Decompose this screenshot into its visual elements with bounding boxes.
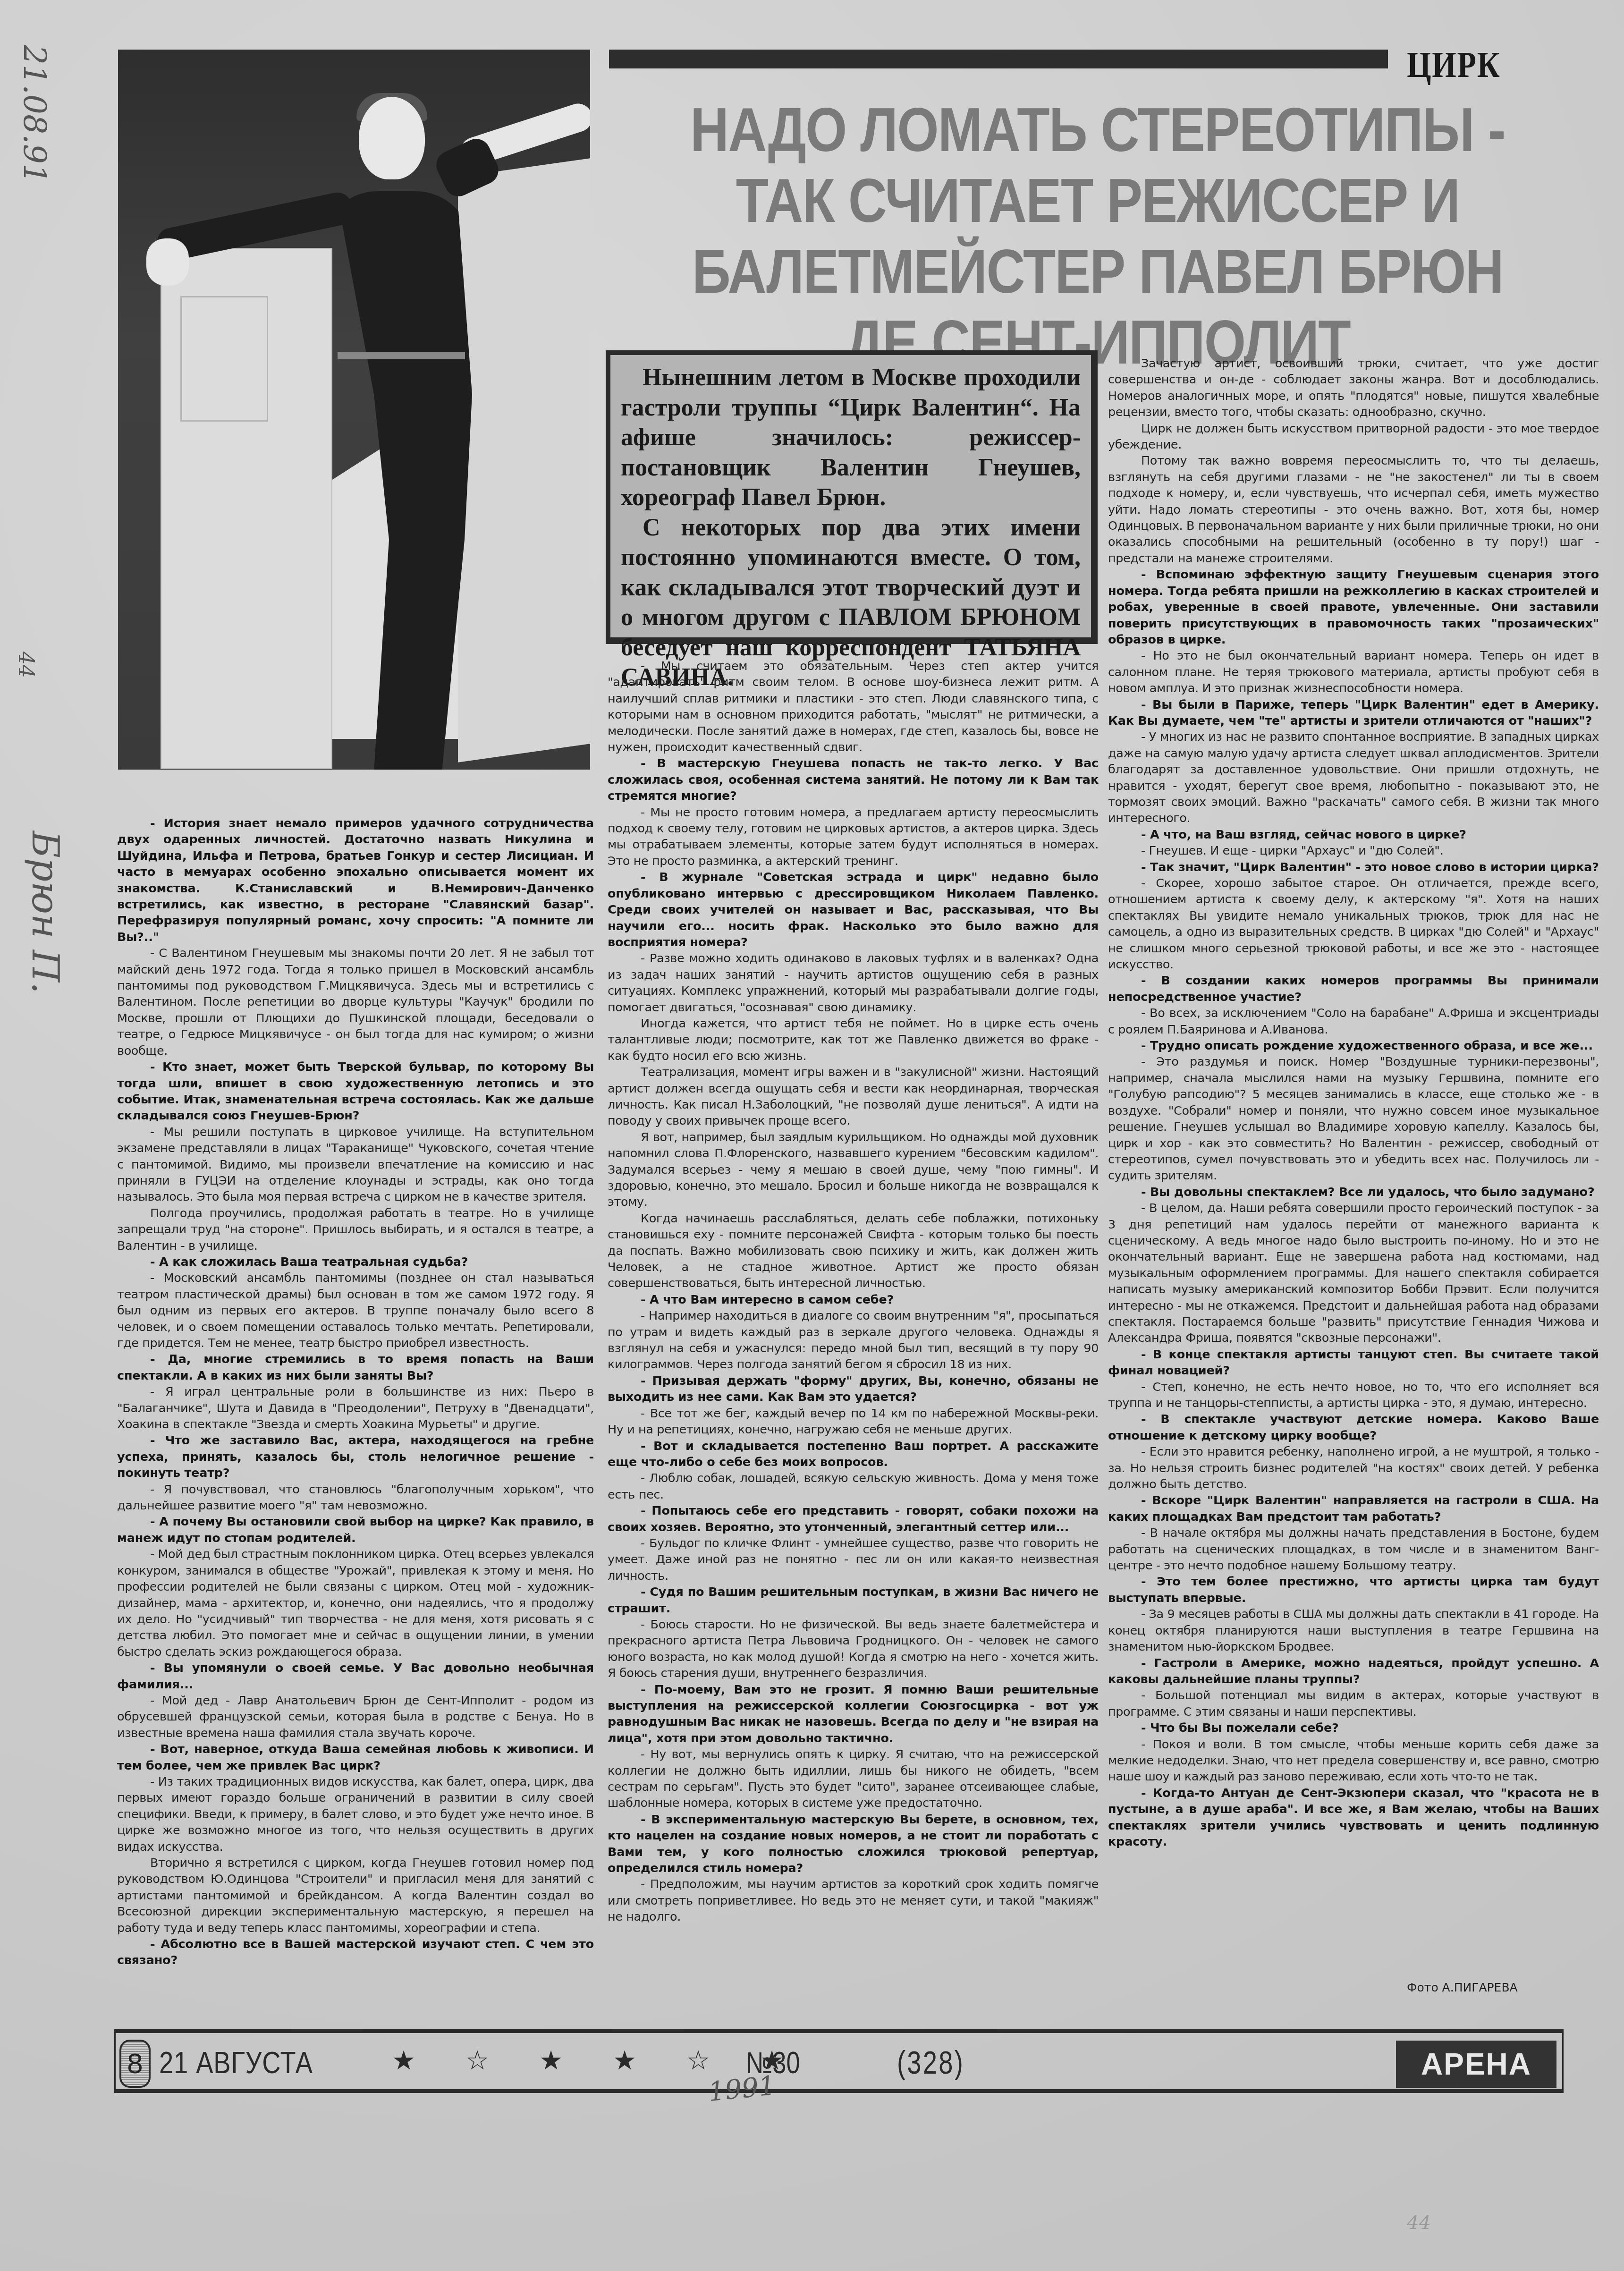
interview-answer: Когда начинаешь расслабляться, делать се… [608, 1211, 1099, 1292]
interview-answer: - Во всех, за исключением "Соло на бараб… [1108, 1005, 1599, 1038]
interview-answer: Иногда кажется, что артист тебя не пойме… [608, 1016, 1099, 1064]
headline-line: БАЛЕТМЕЙСТЕР ПАВЕЛ БРЮН [682, 236, 1514, 307]
interview-question: - Это тем более престижно, что артисты ц… [1108, 1574, 1599, 1606]
interview-question: - А как сложилась Ваша театральная судьб… [117, 1254, 594, 1270]
section-label: ЦИРК [1407, 43, 1501, 86]
interview-question: - В экспериментальную мастерскую Вы бере… [608, 1812, 1099, 1877]
interview-answer: Цирк не должен быть искусством притворно… [1108, 421, 1599, 453]
interview-answer: - Гнеушев. И еще - цирки "Архаус" и "дю … [1108, 843, 1599, 859]
photo-face [359, 97, 425, 179]
interview-answer: Зачастую артист, освоивший трюки, считае… [1108, 356, 1599, 421]
interview-question: - Судя по Вашим решительным поступкам, в… [608, 1584, 1099, 1617]
interview-answer: - Люблю собак, лошадей, всякую сельскую … [608, 1470, 1099, 1503]
interview-answer: - В целом, да. Наши ребята совершили про… [1108, 1200, 1599, 1347]
interview-answer: - Боюсь старости. Но не физической. Вы в… [608, 1617, 1099, 1682]
interview-answer: - Но это не был окончательный вариант но… [1108, 648, 1599, 696]
interview-answer: - С Валентином Гнеушевым мы знакомы почт… [117, 945, 594, 1059]
margin-note-number: 44 [14, 652, 38, 678]
interview-answer: - Большой потенциал мы видим в актерах, … [1108, 1687, 1599, 1720]
interview-answer: - Мой дед был страстным поклонником цирк… [117, 1546, 594, 1660]
interview-answer: - Из таких традиционных видов искусства,… [117, 1774, 594, 1855]
interview-answer: Я вот, например, был заядлым курильщиком… [608, 1129, 1099, 1211]
article-column-right: Зачастую артист, освоивший трюки, считае… [1108, 356, 1599, 1850]
stars-decoration-icon: ★ ☆ ★ ★ ☆ ★ [392, 2045, 804, 2076]
interview-answer: Театрализация, момент игры важен и в "за… [608, 1064, 1099, 1129]
photo-railing [458, 158, 590, 762]
interview-answer: - Ну вот, мы вернулись опять к цирку. Я … [608, 1746, 1099, 1812]
interview-question: - Так значит, "Цирк Валентин" - это ново… [1108, 859, 1599, 875]
margin-note-date: 21.08.91 [17, 45, 53, 184]
interview-answer: Вторично я встретился с цирком, когда Гн… [117, 1855, 594, 1936]
interview-question: - В конце спектакля артисты танцуют степ… [1108, 1347, 1599, 1379]
article-headline: НАДО ЛОМАТЬ СТЕРЕОТИПЫ - ТАК СЧИТАЕТ РЕЖ… [682, 94, 1514, 378]
interview-question: - Вы довольны спектаклем? Все ли удалось… [1108, 1184, 1599, 1200]
interview-question: - Когда-то Антуан де Сент-Экзюпери сказа… [1108, 1785, 1599, 1850]
interview-question: - История знает немало примеров удачного… [117, 815, 594, 945]
lead-box: Нынешним летом в Москве проходили гастро… [606, 350, 1098, 644]
handwritten-year: 1991 [707, 2070, 777, 2108]
article-column-middle: - Мы считаем это обязательным. Через сте… [608, 658, 1099, 1925]
interview-question: - По-моему, Вам это не грозит. Я помню В… [608, 1682, 1099, 1747]
margin-note-name: Брюн П. [24, 831, 66, 994]
page-number: 8 [119, 2040, 151, 2088]
total-issue-number: (328) [897, 2044, 964, 2081]
interview-answer: - Я играл центральные роли в большинстве… [117, 1384, 594, 1432]
interview-question: - Вы были в Париже, теперь "Цирк Валенти… [1108, 697, 1599, 729]
headline-line: НАДО ЛОМАТЬ СТЕРЕОТИПЫ - [682, 94, 1514, 165]
photo-belt [338, 352, 465, 359]
lead-paragraph: Нынешним летом в Москве проходили гастро… [621, 363, 1081, 513]
portrait-photo [118, 50, 590, 770]
interview-answer: - За 9 месяцев работы в США мы должны да… [1108, 1606, 1599, 1655]
publication-logo: АРЕНА [1396, 2041, 1556, 2088]
interview-question: - Попытаюсь себе его представить - говор… [608, 1503, 1099, 1535]
interview-answer: - Если это нравится ребенку, наполнено и… [1108, 1444, 1599, 1492]
photo-hand [146, 238, 189, 286]
photo-pillar [161, 248, 332, 769]
interview-question: - В мастерскую Гнеушева попасть не так-т… [608, 755, 1099, 804]
interview-question: - А что, на Ваш взгляд, сейчас нового в … [1108, 827, 1599, 843]
interview-question: - Вы упомянули о своей семье. У Вас дово… [117, 1660, 594, 1693]
interview-answer: - Мы считаем это обязательным. Через сте… [608, 658, 1099, 755]
interview-question: - Что же заставило Вас, актера, находяще… [117, 1432, 594, 1481]
interview-question: - Трудно описать рождение художественног… [1108, 1038, 1599, 1054]
interview-question: - А что Вам интересно в самом себе? [608, 1292, 1099, 1308]
interview-answer: - Это раздумья и поиск. Номер "Воздушные… [1108, 1054, 1599, 1184]
interview-answer: - Мы не просто готовим номера, а предлаг… [608, 805, 1099, 870]
interview-answer: - Скорее, хорошо забытое старое. Он отли… [1108, 875, 1599, 973]
interview-answer: - Предположим, мы научим артистов за кор… [608, 1876, 1099, 1925]
interview-answer: Потому так важно вовремя переосмыслить т… [1108, 453, 1599, 567]
interview-answer: - В начале октября мы должны начать пред… [1108, 1525, 1599, 1574]
interview-answer: - Бульдог по кличке Флинт - умнейшее сущ… [608, 1535, 1099, 1584]
interview-question: - Кто знает, может быть Тверской бульвар… [117, 1059, 594, 1124]
interview-question: - В журнале "Советская эстрада и цирк" н… [608, 869, 1099, 950]
interview-question: - Вскоре "Цирк Валентин" направляется на… [1108, 1492, 1599, 1525]
issue-date: 21 АВГУСТА [159, 2045, 313, 2080]
interview-question: - В спектакле участвуют детские номера. … [1108, 1411, 1599, 1444]
photo-credit: Фото А.ПИГАРЕВА [1407, 1981, 1518, 1994]
interview-question: - Что бы Вы пожелали себе? [1108, 1720, 1599, 1736]
interview-answer: - Все тот же бег, каждый вечер по 14 км … [608, 1406, 1099, 1438]
headline-line: ТАК СЧИТАЕТ РЕЖИССЕР И [682, 165, 1514, 236]
interview-answer: Полгода проучились, продолжая работать в… [117, 1205, 594, 1254]
interview-answer: - Например находиться в диалоге со своим… [608, 1308, 1099, 1373]
interview-question: - Вот, наверное, откуда Ваша семейная лю… [117, 1741, 594, 1774]
interview-question: - Призывая держать "форму" других, Вы, к… [608, 1373, 1099, 1406]
section-rule [609, 50, 1388, 68]
interview-question: - А почему Вы остановили свой выбор на ц… [117, 1514, 594, 1546]
corner-handwritten-note: 44 [1407, 2212, 1431, 2234]
interview-question: - Абсолютно все в Вашей мастерской изуча… [117, 1936, 594, 1969]
interview-answer: - Московский ансамбль пантомимы (позднее… [117, 1270, 594, 1351]
interview-question: - Гастроли в Америке, можно надеяться, п… [1108, 1655, 1599, 1688]
interview-answer: - У многих из нас не развито спонтанное … [1108, 729, 1599, 826]
interview-question: - Вот и складывается постепенно Ваш порт… [608, 1438, 1099, 1471]
interview-answer: - Я почувствовал, что становлюсь "благоп… [117, 1482, 594, 1514]
page-footer: 8 21 АВГУСТА ★ ☆ ★ ★ ☆ ★ №30 (328) АРЕНА [114, 2029, 1564, 2093]
interview-answer: - Степ, конечно, не есть нечто новое, но… [1108, 1379, 1599, 1412]
interview-question: - Вспоминаю эффектную защиту Гнеушевым с… [1108, 567, 1599, 648]
interview-question: - В создании каких номеров программы Вы … [1108, 973, 1599, 1005]
interview-answer: - Разве можно ходить одинаково в лаковых… [608, 950, 1099, 1016]
interview-answer: - Мой дед - Лавр Анатольевич Брюн де Сен… [117, 1693, 594, 1741]
interview-question: - Да, многие стремились в то время попас… [117, 1351, 594, 1384]
article-column-left: - История знает немало примеров удачного… [117, 815, 594, 1969]
interview-answer: - Покоя и воли. В том смысле, чтобы мень… [1108, 1737, 1599, 1785]
interview-answer: - Мы решили поступать в цирковое училище… [117, 1124, 594, 1205]
